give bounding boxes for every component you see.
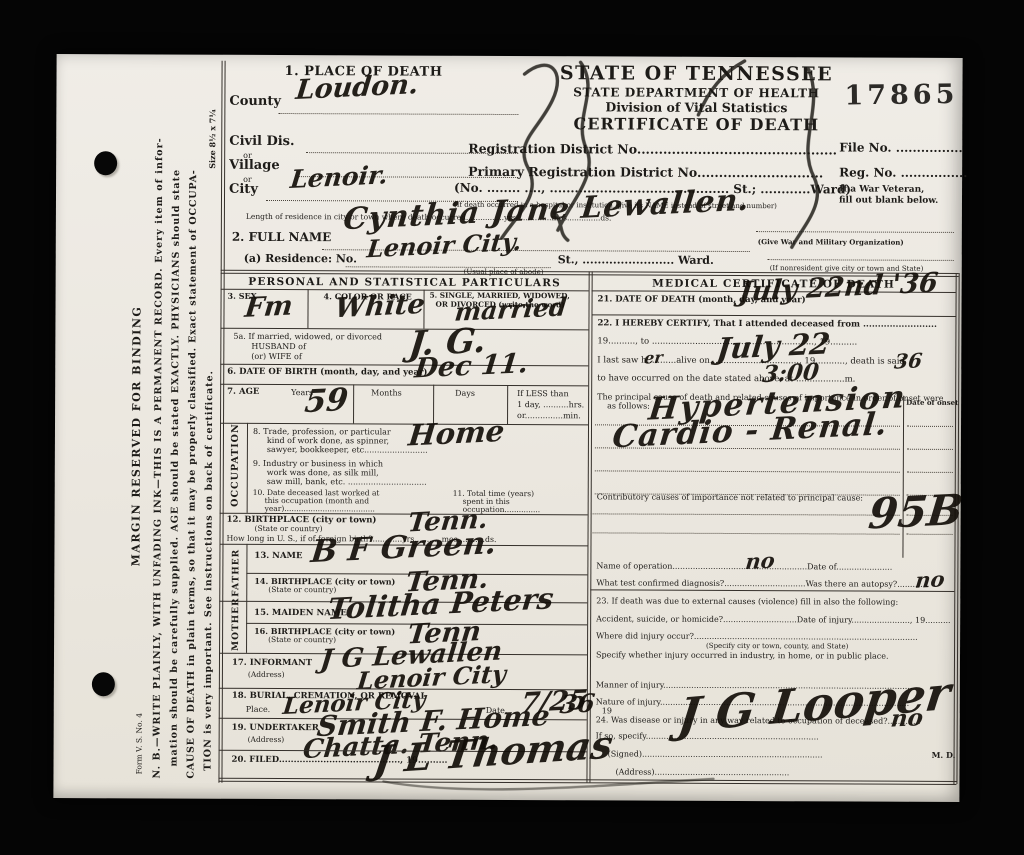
undertaker-label: 19. UNDERTAKER (232, 724, 319, 734)
margin-note-1: N. B.—WRITE PLAINLY, WITH UNFADING INK—T… (152, 137, 166, 778)
rule-l4 (220, 384, 588, 387)
war-veteran-note-1: If a War Veteran, (839, 184, 924, 195)
cause-line-3 (595, 470, 900, 472)
father-birthplace-label-2: (State or country) (268, 586, 336, 595)
f5a-label-1: 5a. If married, widowed, or divorced (233, 332, 382, 342)
rule-r3 (590, 589, 954, 592)
specify-whether-line: Specify whether injury occurred in indus… (596, 650, 889, 660)
full-name-handwritten: Cynthia Jane Lewallen. (342, 186, 751, 236)
signed-line: (Signed)................................… (608, 749, 823, 759)
burial-place-label: Place. (246, 705, 271, 714)
f5a-label-2: HUSBAND of (251, 342, 306, 351)
residence-handwritten: Lenoir City. (366, 230, 523, 262)
state-title: STATE OF TENNESSEE (536, 63, 856, 86)
margin-note-4: TION is very important. See instructions… (204, 370, 217, 771)
rule-l3 (220, 364, 588, 367)
md-suffix: M. D. (932, 751, 956, 760)
cause-line-2b (907, 449, 953, 450)
cause-line-3b (907, 472, 953, 473)
rule-l2 (220, 328, 588, 331)
margin-note-2: mation should be carefully supplied. AGE… (170, 169, 184, 767)
her-handwritten: er (643, 350, 663, 367)
ifless-label-3: or...............min. (517, 411, 581, 420)
test-autopsy-line: What test confirmed diagnosis?..........… (596, 578, 927, 589)
birthplace-label-2: (State or country) (255, 525, 323, 534)
date-of-death-handwritten: July 22nd '36 (738, 269, 940, 306)
rule-occupation-strip (247, 423, 248, 513)
mother-side-label: MOTHER (231, 597, 242, 650)
specify-city-note: (Specify city or town, county, and State… (706, 642, 848, 651)
age-days-label: Days (455, 389, 475, 398)
age-label: 7. AGE (227, 388, 259, 398)
war-org-note: (Give War and Military Organization) (758, 238, 904, 247)
war-veteran-note-2: fill out blank below. (839, 195, 938, 206)
f8-label-3: sawyer, bookkeeper, etc.................… (267, 445, 428, 455)
punch-hole-top (94, 151, 117, 175)
certificate-title: CERTIFICATE OF DEATH (536, 115, 856, 135)
cause-line-1b (907, 426, 953, 427)
accident-line: Accident, suicide, or homicide?.........… (596, 614, 950, 625)
scanned-death-certificate: { "colors": {"paper":"#edeae3","ink":"#1… (0, 0, 1024, 855)
external-causes-label: 23. If death was due to external causes … (596, 596, 898, 607)
dob-label: 6. DATE OF BIRTH (month, day, and year) (227, 368, 427, 379)
rule-l5 (220, 423, 588, 426)
personal-particulars-title: PERSONAL AND STATISTICAL PARTICULARS (221, 276, 589, 290)
margin-size-note: Size 8½ x 7¼ (208, 109, 217, 168)
undertaker-address-label: (Address) (248, 736, 285, 745)
residence-street-ward: St., ........................ Ward. (558, 254, 714, 267)
margin-reserved-note: MARGIN RESERVED FOR BINDING (130, 306, 144, 567)
abode-note: (Usual place of abode) (464, 268, 544, 276)
sex-handwritten: Fm (243, 292, 294, 321)
contributory-label: Contributory causes of importance not re… (597, 492, 863, 502)
margin-form-number: Form V. S. No. 4 (135, 713, 144, 774)
rule-r2 (591, 314, 955, 317)
father-side-label: FATHER (231, 549, 242, 597)
certificate-paper: MARGIN RESERVED FOR BINDING Form V. S. N… (53, 54, 962, 802)
registration-district-label: Registration District No................… (468, 142, 837, 158)
city-label: City (229, 183, 258, 198)
principal-cause-line-2: as follows: (607, 401, 650, 410)
city-value-handwritten: Lenoir. (289, 162, 389, 192)
county-label: County (229, 95, 281, 110)
certificate-number-stamp: 17865 (844, 79, 958, 112)
age-months-label: Months (371, 388, 402, 397)
last-saw-year-handwritten: 36 (893, 350, 923, 371)
occupation-side-label: OCCUPATION (231, 423, 242, 507)
punch-hole-bottom (92, 672, 115, 696)
marital-handwritten: married (453, 294, 568, 325)
ifless-label-2: 1 day, ..........hrs. (517, 400, 584, 409)
father-name-handwritten: B F Green. (309, 528, 498, 568)
margin-note-3: CAUSE OF DEATH in plain terms, so that i… (186, 169, 200, 778)
contributory-handwritten: 95B (867, 489, 965, 536)
hour-handwritten: 3:00 (761, 360, 820, 386)
father-name-label: 13. NAME (254, 552, 302, 562)
village-label: Village (229, 159, 280, 174)
contrib-line-2 (591, 532, 900, 534)
civil-district-label: Civil Dis. (229, 135, 294, 150)
county-line (278, 113, 518, 115)
rule-age-1 (353, 384, 354, 423)
county-value-handwritten: Loudon. (294, 71, 419, 104)
primary-registration-label: Primary Registration District No........… (468, 165, 823, 181)
where-injury-line: Where did injury occur?.................… (596, 631, 918, 642)
residence-label: (a) Residence: No. (244, 253, 357, 266)
race-handwritten: White (333, 291, 426, 322)
informant-label: 17. INFORMANT (232, 659, 312, 669)
operation-handwritten: no (744, 549, 776, 572)
dob-handwritten: Dec 11. (413, 350, 529, 383)
f5a-label-3: (or) WIFE of (251, 352, 302, 361)
full-name-label: 2. FULL NAME (232, 231, 332, 245)
burial-year-handwritten: 36 (559, 690, 597, 717)
occupation-handwritten: Home (407, 417, 506, 451)
rule-sex-race (307, 289, 308, 328)
address-line: (Address)...............................… (615, 767, 789, 777)
contrib-line-1 (591, 513, 900, 515)
file-no-label: File No. ................ (839, 141, 962, 155)
f9-label-3: saw mill, bank, etc. ...................… (267, 477, 427, 487)
rule-age-3 (507, 385, 508, 424)
war-org-line (756, 231, 954, 233)
autopsy-handwritten: no (914, 568, 946, 591)
reg-no-label: Reg. No. ................ (839, 166, 967, 180)
rule-mother-strip (246, 601, 247, 653)
informant-address-label: (Address) (248, 671, 285, 680)
ifless-label-1: If LESS than (517, 389, 569, 398)
age-handwritten: 59 (303, 385, 350, 418)
date-of-onset-label: Date of onset (906, 399, 958, 407)
nonresident-line (768, 259, 954, 261)
burial-year-prefix: 19 (602, 706, 612, 715)
mother-birthplace-label-2: (State or country) (268, 636, 336, 645)
